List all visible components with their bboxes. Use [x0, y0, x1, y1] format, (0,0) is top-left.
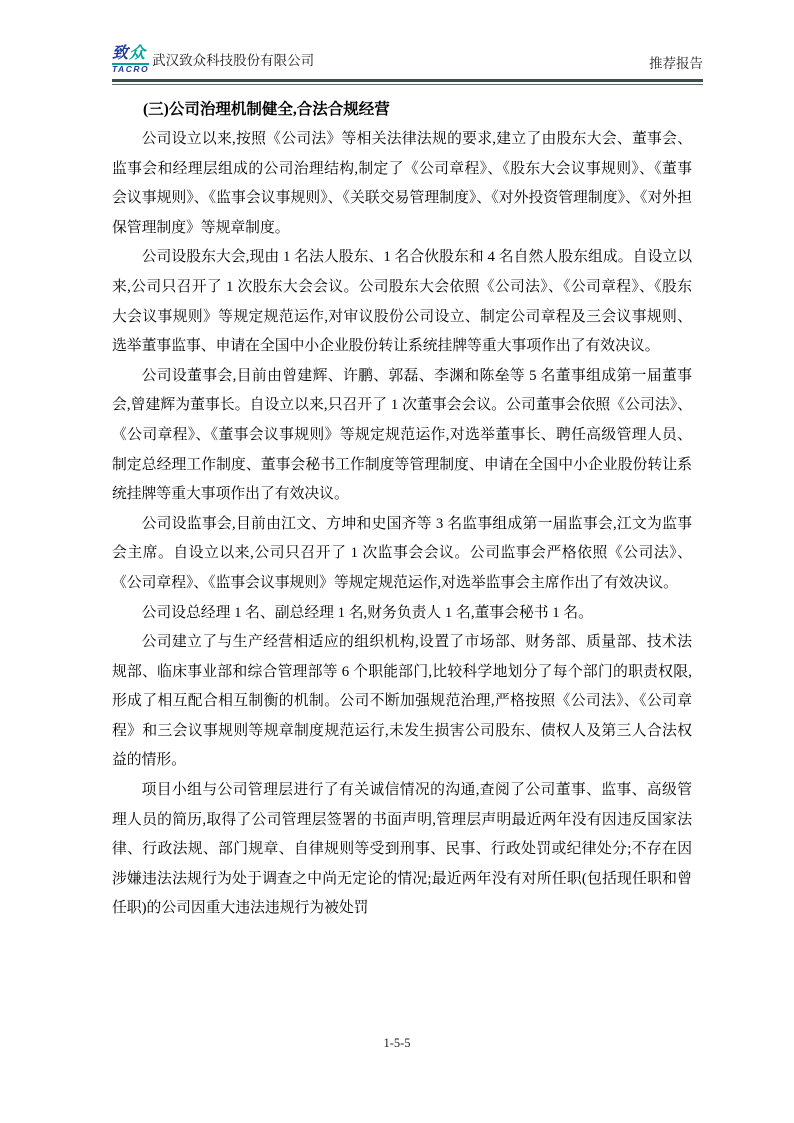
paragraph: 公司建立了与生产经营相适应的组织机构,设置了市场部、财务部、质量部、技术法规部、…	[112, 628, 692, 776]
paragraph: 项目小组与公司管理层进行了有关诚信情况的沟通,查阅了公司董事、监事、高级管理人员…	[112, 776, 692, 924]
document-body: (三)公司治理机制健全,合法合规经营 公司设立以来,按照《公司法》等相关法律法规…	[112, 95, 692, 924]
logo-en-text: TACRO	[112, 63, 149, 74]
page-header: 致众 TACRO 武汉致众科技股份有限公司 推荐报告	[112, 46, 703, 85]
header-row: 致众 TACRO 武汉致众科技股份有限公司 推荐报告	[112, 46, 703, 79]
paragraph: 公司设立以来,按照《公司法》等相关法律法规的要求,建立了由股东大会、董事会、监事…	[112, 125, 692, 243]
paragraph: 公司设监事会,目前由江文、方坤和史国齐等 3 名监事组成第一届监事会,江文为监事…	[112, 510, 692, 599]
report-type-label: 推荐报告	[649, 52, 703, 74]
company-logo-icon: 致众 TACRO	[112, 46, 149, 74]
section-title: (三)公司治理机制健全,合法合规经营	[112, 95, 692, 125]
paragraph: 公司设总经理 1 名、副总经理 1 名,财务负责人 1 名,董事会秘书 1 名。	[112, 599, 692, 629]
page-number: 1-5-5	[383, 1036, 410, 1050]
document-page: 致众 TACRO 武汉致众科技股份有限公司 推荐报告 (三)公司治理机制健全,合…	[0, 0, 794, 1123]
header-left: 致众 TACRO 武汉致众科技股份有限公司	[112, 46, 314, 74]
header-divider	[112, 79, 703, 85]
paragraph: 公司设董事会,目前由曾建辉、许鹏、郭磊、李渊和陈垒等 5 名董事组成第一届董事会…	[112, 362, 692, 510]
logo-zh-text: 致众	[112, 46, 149, 62]
company-name: 武汉致众科技股份有限公司	[152, 49, 314, 71]
paragraph: 公司设股东大会,现由 1 名法人股东、1 名合伙股东和 4 名自然人股东组成。自…	[112, 243, 692, 361]
page-footer: 1-5-5	[0, 1036, 794, 1051]
